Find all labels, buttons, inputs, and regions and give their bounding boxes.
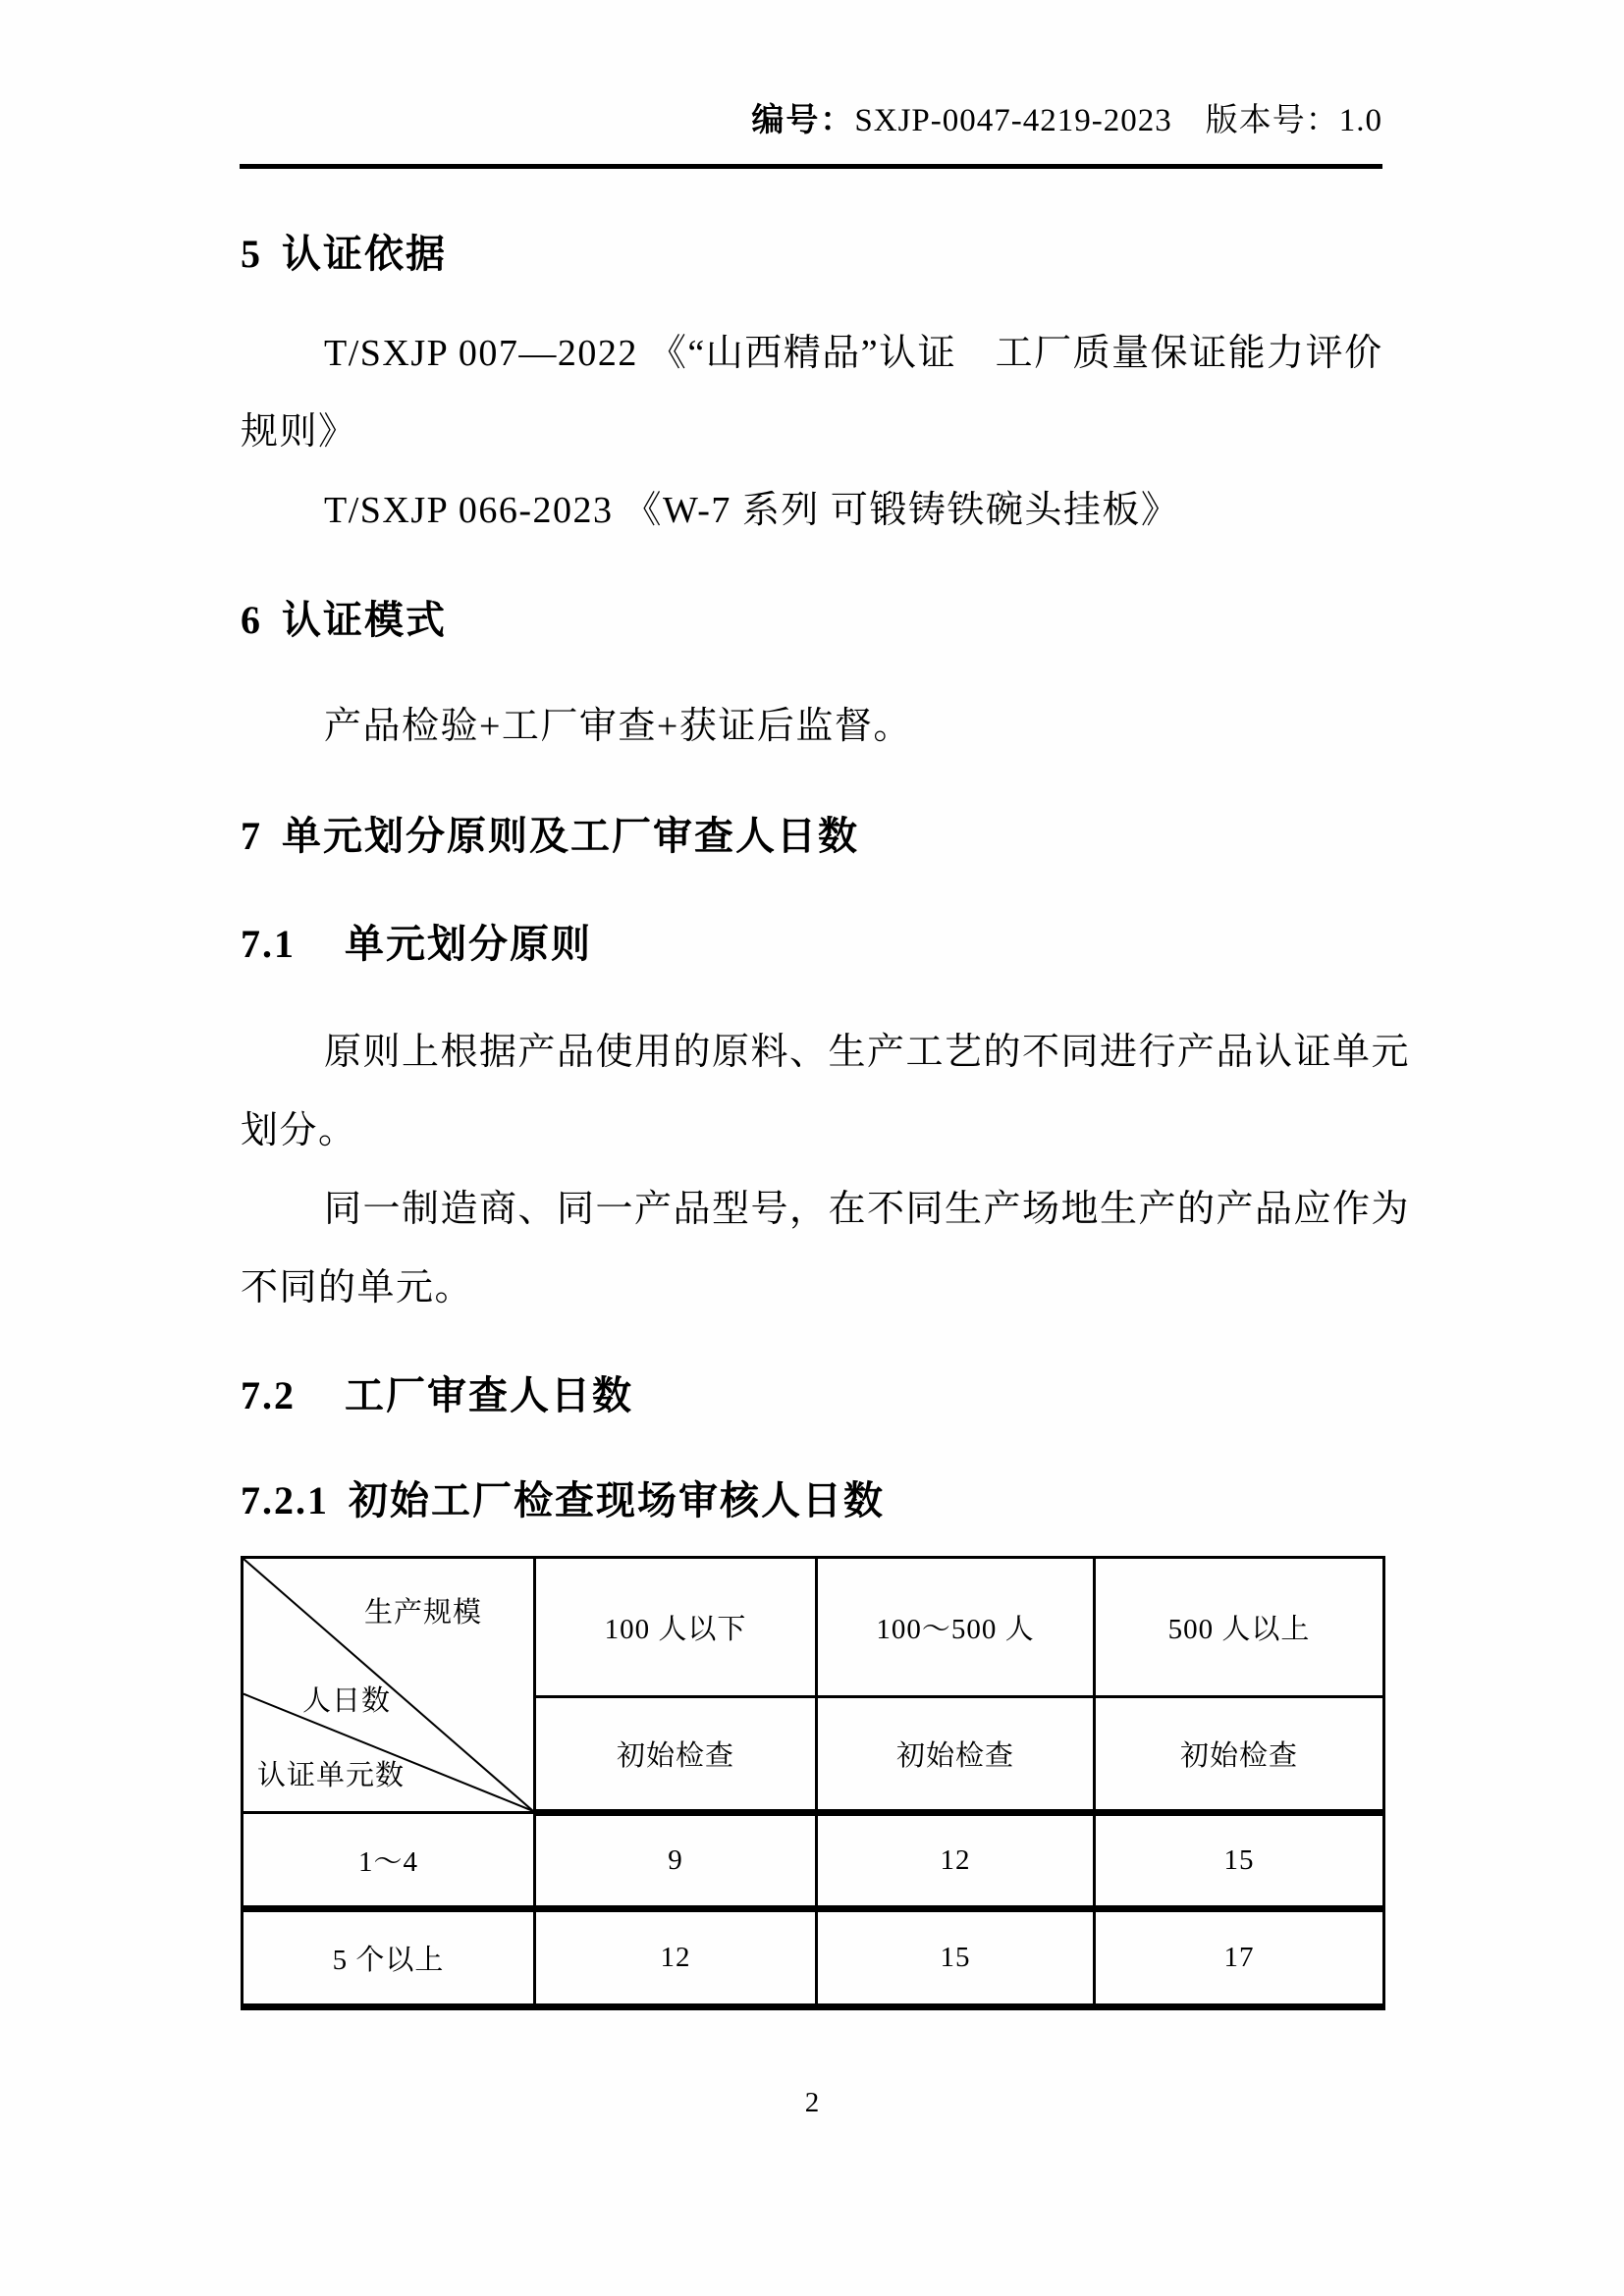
document-header: 编号：SXJP-0047-4219-2023版本号：1.0 xyxy=(241,94,1382,140)
heading-6-title: 认证模式 xyxy=(282,598,447,642)
heading-6: 6认证模式 xyxy=(241,597,447,644)
table-header-cell: 500 人以上 xyxy=(1095,1558,1384,1697)
table-subheader-cell: 初始检查 xyxy=(535,1697,817,1813)
row-label-cell: 1～4 xyxy=(243,1813,535,1909)
value-cell: 12 xyxy=(817,1813,1095,1909)
heading-7-2-number: 7.2 xyxy=(241,1373,296,1417)
heading-7-number: 7 xyxy=(241,814,262,858)
heading-7-2-1: 7.2.1初始工厂检查现场审核人日数 xyxy=(241,1477,885,1524)
paragraph-line: 产品检验+工厂审查+获证后监督。 xyxy=(241,705,912,750)
corner-label-cert-units: 认证单元数 xyxy=(257,1753,405,1793)
doc-number-value: SXJP-0047-4219-2023 xyxy=(854,103,1171,138)
heading-5-number: 5 xyxy=(241,232,262,276)
heading-7-2-1-number: 7.2.1 xyxy=(241,1478,329,1522)
page-number: 2 xyxy=(0,2087,1624,2119)
value-cell: 15 xyxy=(1095,1813,1384,1909)
heading-7-2-title: 工厂审查人日数 xyxy=(345,1373,633,1417)
heading-7-1: 7.1单元划分原则 xyxy=(241,921,592,968)
corner-label-man-days: 人日数 xyxy=(302,1679,391,1719)
paragraph-line: T/SXJP 066-2023 《W-7 系列 可锻铸铁碗头挂板》 xyxy=(241,489,1179,534)
paragraph-line: 划分。 xyxy=(241,1109,357,1154)
heading-7-2: 7.2工厂审查人日数 xyxy=(241,1372,633,1419)
heading-7-title: 单元划分原则及工厂审查人日数 xyxy=(282,814,859,858)
table-row: 5 个以上 12 15 17 xyxy=(243,1909,1384,2007)
value-cell: 12 xyxy=(535,1909,817,2007)
table-subheader-cell: 初始检查 xyxy=(817,1697,1095,1813)
table-subheader-cell: 初始检查 xyxy=(1095,1697,1384,1813)
paragraph-line: T/SXJP 007—2022 《“山西精品”认证 工厂质量保证能力评价 xyxy=(241,332,1383,377)
audit-days-table: 生产规模 人日数 认证单元数 100 人以下 100～500 人 500 人以上… xyxy=(241,1556,1385,2010)
header-rule xyxy=(240,164,1382,169)
table-header-cell: 100 人以下 xyxy=(535,1558,817,1697)
paragraph-line: 同一制造商、同一产品型号，在不同生产场地生产的产品应作为 xyxy=(241,1188,1410,1233)
heading-5: 5认证依据 xyxy=(241,231,447,278)
doc-number-label: 编号： xyxy=(751,103,854,138)
corner-label-production-scale: 生产规模 xyxy=(364,1590,482,1630)
paragraph-line: 不同的单元。 xyxy=(241,1266,473,1311)
paragraph-line: 原则上根据产品使用的原料、生产工艺的不同进行产品认证单元 xyxy=(241,1031,1410,1076)
table-header-cell: 100～500 人 xyxy=(817,1558,1095,1697)
heading-6-number: 6 xyxy=(241,598,262,642)
heading-7-1-title: 单元划分原则 xyxy=(345,922,592,966)
heading-7-1-number: 7.1 xyxy=(241,922,296,966)
version-label: 版本号： xyxy=(1206,103,1339,138)
heading-5-title: 认证依据 xyxy=(282,232,447,276)
value-cell: 17 xyxy=(1095,1909,1384,2007)
table-row: 1～4 9 12 15 xyxy=(243,1813,1384,1909)
table-corner-cell: 生产规模 人日数 认证单元数 xyxy=(243,1558,535,1813)
heading-7-2-1-title: 初始工厂检查现场审核人日数 xyxy=(349,1478,885,1522)
value-cell: 15 xyxy=(817,1909,1095,2007)
version-value: 1.0 xyxy=(1339,103,1382,138)
value-cell: 9 xyxy=(535,1813,817,1909)
table-header-row-1: 生产规模 人日数 认证单元数 100 人以下 100～500 人 500 人以上 xyxy=(243,1558,1384,1697)
row-label-cell: 5 个以上 xyxy=(243,1909,535,2007)
document-page: 编号：SXJP-0047-4219-2023版本号：1.0 5认证依据 T/SX… xyxy=(0,0,1624,2296)
paragraph-line: 规则》 xyxy=(241,410,357,455)
heading-7: 7单元划分原则及工厂审查人日数 xyxy=(241,813,859,860)
